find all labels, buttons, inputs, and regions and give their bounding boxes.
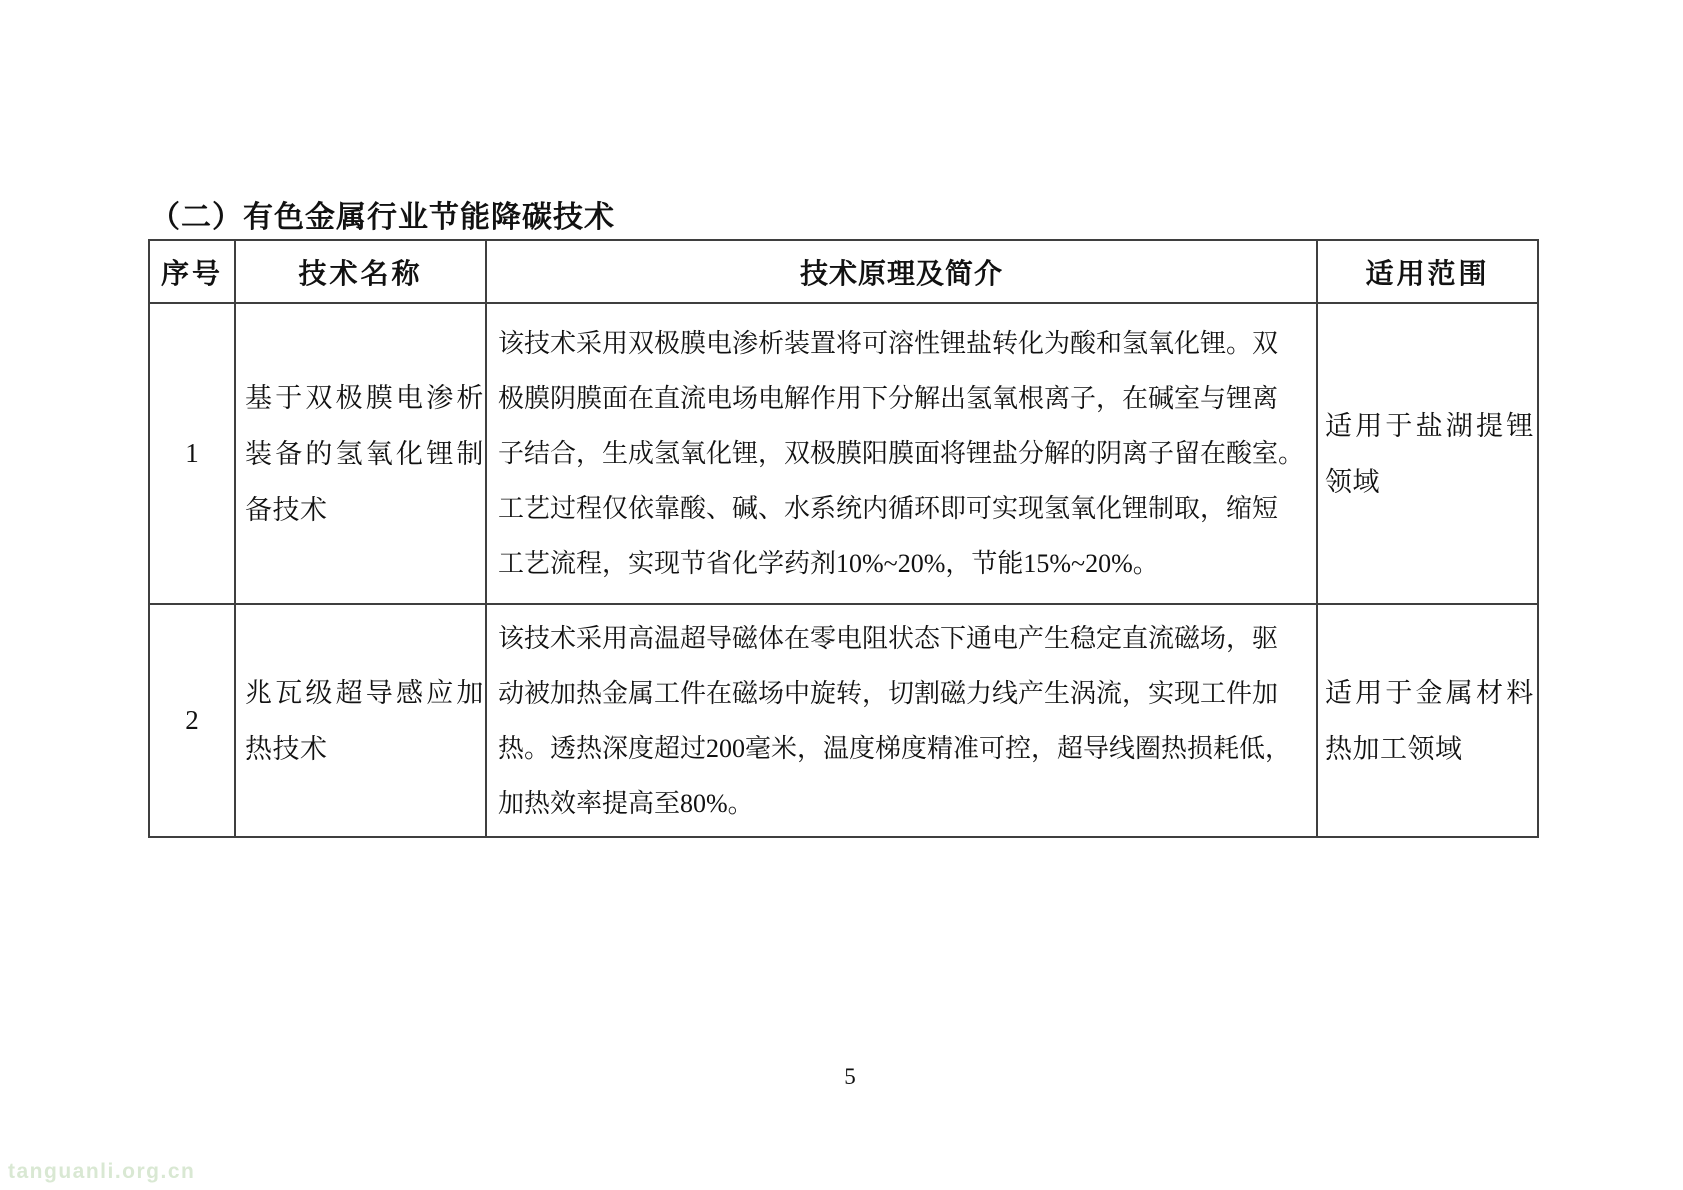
section-title: （二）有色金属行业节能降碳技术 <box>150 192 615 236</box>
header-serial-number: 序号 <box>150 241 234 302</box>
text-line: 适用于盐湖提锂 <box>1325 398 1536 454</box>
text-line: 热技术 <box>245 721 487 777</box>
document-page: （二）有色金属行业节能降碳技术 序号 技术名称 技术原理及简介 适用范围 1 基… <box>0 0 1683 1190</box>
technology-table: 序号 技术名称 技术原理及简介 适用范围 1 基于双极膜电渗析 装备的氢氧化锂制… <box>148 239 1539 838</box>
text-line: 适用于金属材料 <box>1325 665 1536 721</box>
row-2-index: 2 <box>150 603 234 836</box>
text-line: 热加工领域 <box>1325 721 1536 777</box>
text-line: 该技术采用高温超导磁体在零电阻状态下通电产生稳定直流磁场，驱 <box>498 611 1291 666</box>
text-line: 基于双极膜电渗析 <box>245 370 487 426</box>
text-line: 该技术采用双极膜电渗析装置将可溶性锂盐转化为酸和氢氧化锂。双 <box>498 316 1304 371</box>
row-1-scope: 适用于盐湖提锂 领域 <box>1316 302 1537 603</box>
text-line: 加热效率提高至80%。 <box>498 776 1291 831</box>
row-1-technology-name: 基于双极膜电渗析 装备的氢氧化锂制 备技术 <box>234 302 485 603</box>
row-2-principle: 该技术采用高温超导磁体在零电阻状态下通电产生稳定直流磁场，驱 动被加热金属工件在… <box>485 603 1316 836</box>
text-line: 动被加热金属工件在磁场中旋转，切割磁力线产生涡流，实现工件加 <box>498 666 1291 721</box>
text-line: 备技术 <box>245 482 487 538</box>
text-line: 领域 <box>1325 454 1536 510</box>
header-technology-name: 技术名称 <box>234 241 485 302</box>
watermark: tanguanli.org.cn <box>8 1160 195 1184</box>
text-line: 子结合，生成氢氧化锂，双极膜阳膜面将锂盐分解的阴离子留在酸室。 <box>498 426 1304 481</box>
header-principle: 技术原理及简介 <box>485 241 1316 302</box>
row-2-technology-name: 兆瓦级超导感应加 热技术 <box>234 603 485 836</box>
text-line: 极膜阴膜面在直流电场电解作用下分解出氢氧根离子，在碱室与锂离 <box>498 371 1304 426</box>
text-line: 热。透热深度超过200毫米，温度梯度精准可控，超导线圈热损耗低， <box>498 721 1291 776</box>
row-1-principle: 该技术采用双极膜电渗析装置将可溶性锂盐转化为酸和氢氧化锂。双 极膜阴膜面在直流电… <box>485 302 1316 603</box>
text-line: 兆瓦级超导感应加 <box>245 665 487 721</box>
text-line: 装备的氢氧化锂制 <box>245 426 487 482</box>
header-scope: 适用范围 <box>1316 241 1537 302</box>
row-1-index: 1 <box>150 302 234 603</box>
text-line: 工艺流程，实现节省化学药剂10%~20%，节能15%~20%。 <box>498 536 1304 591</box>
row-2-scope: 适用于金属材料 热加工领域 <box>1316 603 1537 836</box>
page-number: 5 <box>0 1064 1683 1090</box>
text-line: 工艺过程仅依靠酸、碱、水系统内循环即可实现氢氧化锂制取，缩短 <box>498 481 1304 536</box>
